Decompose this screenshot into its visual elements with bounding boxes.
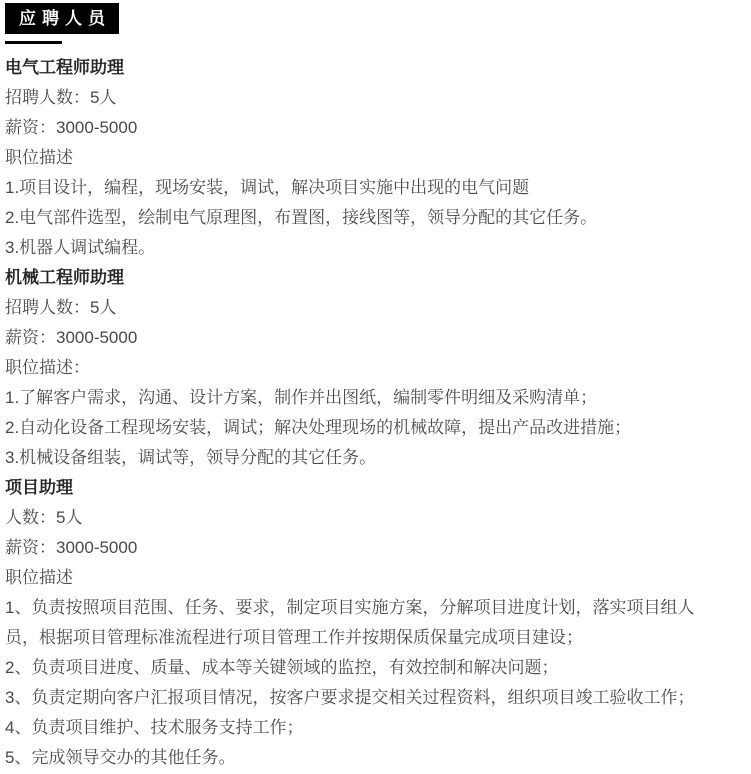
- salary-line: 薪资：3000-5000: [5, 323, 705, 353]
- description-label: 职位描述: [5, 143, 705, 173]
- headcount-line: 人数：5人: [5, 503, 705, 533]
- salary-line: 薪资：3000-5000: [5, 533, 705, 563]
- document-body: 电气工程师助理 招聘人数：5人 薪资：3000-5000 职位描述 1.项目设计…: [5, 53, 705, 773]
- duty-item: 3.机械设备组装，调试等，领导分配的其它任务。: [5, 443, 705, 473]
- headcount-line: 招聘人数：5人: [5, 293, 705, 323]
- description-label: 职位描述: [5, 563, 705, 593]
- job-section-electrical-engineer-assistant: 电气工程师助理 招聘人数：5人 薪资：3000-5000 职位描述 1.项目设计…: [5, 53, 705, 263]
- duty-item: 1.了解客户需求，沟通、设计方案，制作并出图纸，编制零件明细及采购清单；: [5, 383, 705, 413]
- duty-item: 1、负责按照项目范围、任务、要求，制定项目实施方案，分解项目进度计划，落实项目组…: [5, 593, 705, 653]
- job-posting-document: 应聘人员 电气工程师助理 招聘人数：5人 薪资：3000-5000 职位描述 1…: [0, 0, 751, 773]
- job-title: 电气工程师助理: [5, 53, 705, 83]
- duty-item: 1.项目设计，编程，现场安装，调试，解决项目实施中出现的电气问题: [5, 173, 705, 203]
- job-title: 项目助理: [5, 473, 705, 503]
- duty-item: 4、负责项目维护、技术服务支持工作；: [5, 713, 705, 743]
- job-section-mechanical-engineer-assistant: 机械工程师助理 招聘人数：5人 薪资：3000-5000 职位描述： 1.了解客…: [5, 263, 705, 473]
- badge-label: 应聘人员: [19, 9, 111, 28]
- section-header-badge: 应聘人员: [5, 3, 119, 34]
- description-label: 职位描述：: [5, 353, 705, 383]
- headcount-line: 招聘人数：5人: [5, 83, 705, 113]
- duty-item: 2.自动化设备工程现场安装，调试；解决处理现场的机械故障，提出产品改进措施；: [5, 413, 705, 443]
- duty-item: 2.电气部件选型，绘制电气原理图，布置图，接线图等，领导分配的其它任务。: [5, 203, 705, 233]
- duty-item: 2、负责项目进度、质量、成本等关键领域的监控，有效控制和解决问题；: [5, 653, 705, 683]
- duty-item: 5、完成领导交办的其他任务。: [5, 743, 705, 773]
- duty-item: 3、负责定期向客户汇报项目情况，按客户要求提交相关过程资料，组织项目竣工验收工作…: [5, 683, 705, 713]
- job-title: 机械工程师助理: [5, 263, 705, 293]
- salary-line: 薪资：3000-5000: [5, 113, 705, 143]
- badge-underline: [5, 41, 62, 44]
- job-section-project-assistant: 项目助理 人数：5人 薪资：3000-5000 职位描述 1、负责按照项目范围、…: [5, 473, 705, 773]
- duty-item: 3.机器人调试编程。: [5, 233, 705, 263]
